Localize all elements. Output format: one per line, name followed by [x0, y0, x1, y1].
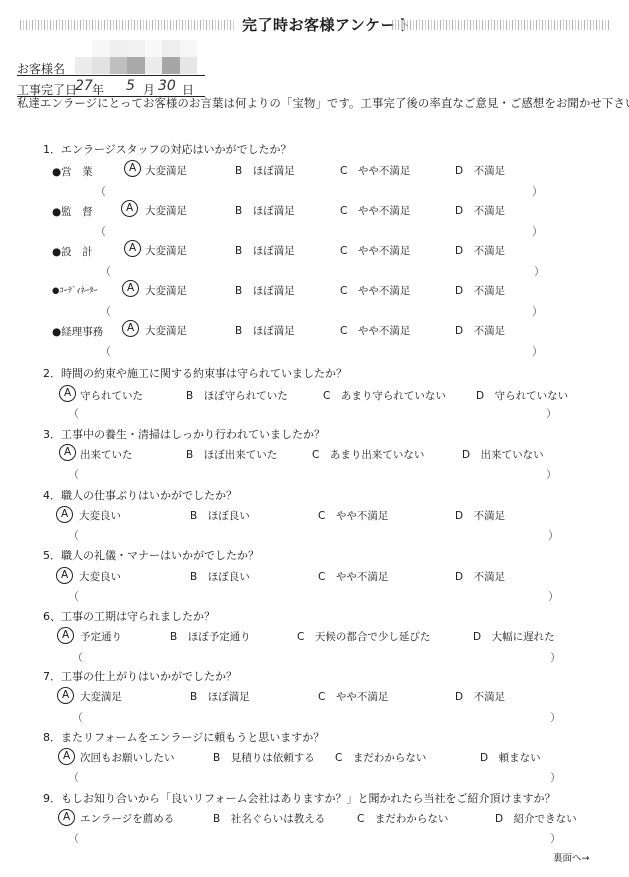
option-a-text: 大変良い — [79, 508, 121, 523]
q1-row-label: ●経理事務 — [52, 324, 103, 339]
comment-close-paren: ） — [546, 466, 557, 482]
q1-row-label: ●ｺｰﾃﾞｨﾈｰﾀｰ — [52, 284, 98, 296]
option-b[interactable]: B ほぼ満足 — [235, 203, 295, 218]
comment-open-paren: （ — [68, 405, 79, 421]
header-decoration-left — [20, 20, 235, 30]
comment-open-paren: （ — [95, 223, 106, 239]
option-b[interactable]: B ほぼ満足 — [235, 283, 295, 298]
option-c[interactable]: C やや不満足 — [318, 569, 388, 584]
option-d[interactable]: D 不満足 — [455, 203, 505, 218]
option-a[interactable]: A — [62, 629, 69, 641]
option-c[interactable]: C やや不満足 — [340, 203, 410, 218]
month-value: 5 — [126, 78, 135, 94]
option-a[interactable]: A — [61, 569, 68, 581]
option-d[interactable]: D 頼まない — [480, 750, 541, 765]
option-a[interactable]: A — [129, 242, 136, 254]
comment-close-paren: ） — [532, 343, 543, 359]
comment-open-paren: （ — [100, 343, 111, 359]
comment-close-paren: ） — [550, 830, 561, 846]
customer-name-underline — [17, 75, 205, 76]
comment-close-paren: ） — [550, 769, 561, 785]
question-1-title: 1．エンラージスタッフの対応はいかがでしたか？ — [43, 141, 291, 157]
option-d[interactable]: D 不満足 — [455, 689, 505, 704]
comment-open-paren: （ — [68, 588, 79, 604]
option-c[interactable]: C やや不満足 — [340, 283, 410, 298]
option-a-text: 大変満足 — [145, 163, 187, 178]
q1-row-label: ●営 業 — [52, 164, 93, 179]
question-title: 7．工事の仕上がりはいかがでしたか？ — [43, 668, 237, 684]
intro-text: 私達エンラージにとってお客様のお言葉は何よりの「宝物」です。工事完了後の率直なご… — [17, 95, 629, 111]
q1-row-label: ●設 計 — [52, 244, 93, 259]
comment-open-paren: （ — [68, 466, 79, 482]
option-d[interactable]: D 不満足 — [455, 323, 505, 338]
option-b[interactable]: B ほぼ出来ていた — [186, 447, 277, 462]
option-c[interactable]: C やや不満足 — [340, 163, 410, 178]
option-c[interactable]: C あまり出来ていない — [312, 447, 424, 462]
comment-close-paren: ） — [532, 183, 543, 199]
question-title: 4．職人の仕事ぶりはいかがでしたか？ — [43, 487, 237, 503]
comment-close-paren: ） — [548, 527, 559, 543]
option-a-text: 守られていた — [80, 388, 143, 403]
option-a-text: 次回もお願いしたい — [80, 750, 175, 765]
option-a[interactable]: A — [63, 750, 70, 762]
option-a[interactable]: A — [127, 282, 134, 294]
option-d[interactable]: D 大幅に遅れた — [473, 629, 555, 644]
option-b[interactable]: B 社名ぐらいは教える — [213, 811, 325, 826]
option-a-text: 出来ていた — [80, 447, 133, 462]
option-b[interactable]: B ほぼ良い — [190, 569, 250, 584]
option-a[interactable]: A — [127, 322, 134, 334]
option-d[interactable]: D 不満足 — [455, 508, 505, 523]
question-title: 6、工事の工期は守られましたか？ — [43, 608, 215, 624]
option-d[interactable]: D 不満足 — [455, 163, 505, 178]
question-title: 5．職人の礼儀・マナーはいかがでしたか？ — [43, 547, 259, 563]
option-b[interactable]: B ほぼ予定通り — [170, 629, 251, 644]
option-c[interactable]: C やや不満足 — [340, 243, 410, 258]
question-title: 8．またリフォームをエンラージに頼もうと思いますか？ — [43, 729, 324, 745]
option-a-text: 大変良い — [79, 569, 121, 584]
comment-close-paren: ） — [550, 709, 561, 725]
option-b[interactable]: B ほぼ満足 — [190, 689, 250, 704]
comment-open-paren: （ — [72, 709, 83, 725]
year-value: 27 — [75, 78, 93, 94]
comment-close-paren: ） — [532, 223, 543, 239]
option-a[interactable]: A — [64, 446, 71, 458]
option-a-text: エンラージを薦める — [80, 811, 174, 826]
option-c[interactable]: C 天候の都合で少し延びた — [297, 629, 430, 644]
option-a[interactable]: A — [63, 811, 70, 823]
comment-open-paren: （ — [68, 830, 79, 846]
option-c[interactable]: C まだわからない — [335, 750, 426, 765]
option-b[interactable]: B ほぼ満足 — [235, 163, 295, 178]
option-d[interactable]: D 紹介できない — [495, 811, 577, 826]
option-a-text: 大変満足 — [145, 323, 187, 338]
comment-open-paren: （ — [68, 769, 79, 785]
comment-open-paren: （ — [68, 527, 79, 543]
option-d[interactable]: D 不満足 — [455, 283, 505, 298]
question-title: 9．もしお知り合いから「良いリフォーム会社はありますか？」と聞かれたら当社をご紹… — [43, 790, 555, 806]
comment-open-paren: （ — [72, 649, 83, 665]
option-d[interactable]: D 出来ていない — [462, 447, 544, 462]
day-value: 30 — [158, 78, 176, 94]
question-title: 2．時間の約束や施工に関する約束事は守られていましたか？ — [43, 365, 347, 381]
comment-open-paren: （ — [100, 303, 111, 319]
customer-name-redacted — [75, 40, 197, 74]
comment-close-paren: ） — [532, 303, 543, 319]
option-b[interactable]: B ほぼ守られていた — [186, 388, 288, 403]
option-b[interactable]: B ほぼ満足 — [235, 243, 295, 258]
option-c[interactable]: C やや不満足 — [340, 323, 410, 338]
comment-open-paren: （ — [100, 263, 111, 279]
comment-open-paren: （ — [95, 183, 106, 199]
option-a-text: 予定通り — [80, 629, 122, 644]
option-c[interactable]: C まだわからない — [357, 811, 448, 826]
option-a[interactable]: A — [62, 689, 69, 701]
option-d[interactable]: D 守られていない — [476, 388, 568, 403]
option-a-text: 大変満足 — [145, 283, 187, 298]
option-b[interactable]: B ほぼ満足 — [235, 323, 295, 338]
option-a-text: 大変満足 — [145, 203, 187, 218]
option-d[interactable]: D 不満足 — [455, 243, 505, 258]
question-title: 3．工事中の養生・清掃はしっかり行われていましたか？ — [43, 426, 325, 442]
option-b[interactable]: B ほぼ良い — [190, 508, 250, 523]
option-b[interactable]: B 見積りは依頼する — [213, 750, 315, 765]
q1-row-label: ●監 督 — [52, 204, 93, 219]
option-a-text: 大変満足 — [145, 243, 187, 258]
option-a[interactable]: A — [129, 162, 136, 174]
page-title: 完了時お客様アンケート — [242, 14, 412, 35]
comment-close-paren: ） — [534, 263, 545, 279]
option-d[interactable]: D 不満足 — [455, 569, 505, 584]
option-c[interactable]: C やや不満足 — [318, 689, 388, 704]
comment-close-paren: ） — [546, 405, 557, 421]
option-a-text: 大変満足 — [80, 689, 122, 704]
option-c[interactable]: C あまり守られていない — [323, 388, 446, 403]
option-c[interactable]: C やや不満足 — [318, 508, 388, 523]
comment-close-paren: ） — [550, 649, 561, 665]
header-decoration-right — [392, 20, 610, 30]
next-page-indicator: 裏面へ→ — [553, 850, 589, 864]
option-a[interactable]: A — [64, 387, 71, 399]
comment-close-paren: ） — [548, 588, 559, 604]
option-a[interactable]: A — [61, 508, 68, 520]
option-a[interactable]: A — [126, 202, 133, 214]
